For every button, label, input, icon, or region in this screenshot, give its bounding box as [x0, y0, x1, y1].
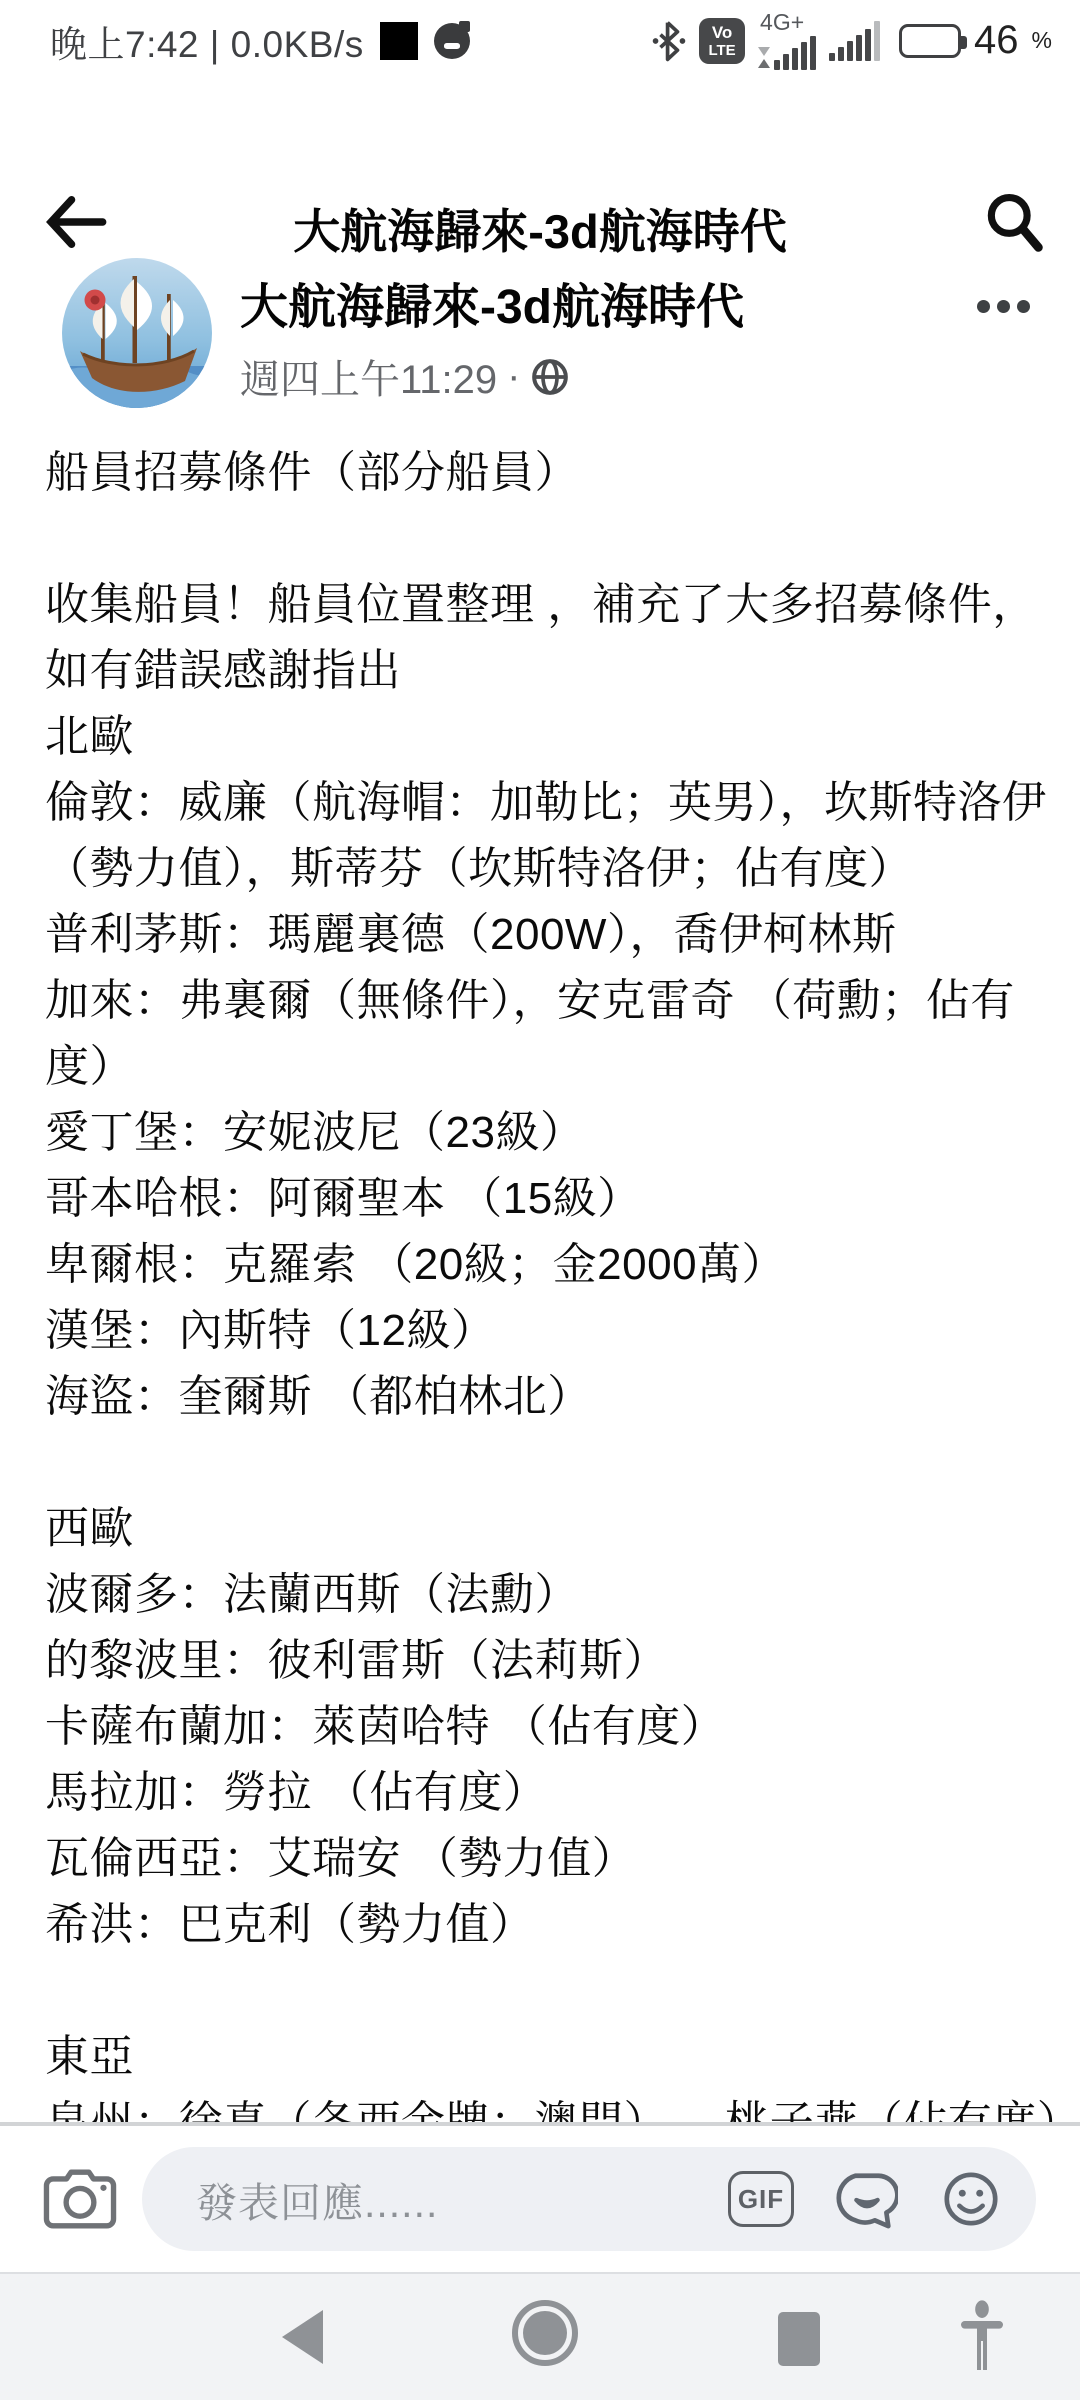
post-timestamp: 週四上午11:29 [240, 348, 497, 405]
notification-app-icon [434, 23, 470, 59]
post-text-line: 船員招募條件（部分船員） [45, 440, 1080, 506]
post-text-line: 波爾多：法蘭西斯（法勳） [45, 1562, 1080, 1628]
volte-icon: VoLTE [699, 18, 745, 64]
nav-home-icon[interactable] [512, 2300, 578, 2366]
post-text-line: 加來：弗裏爾（無條件），安克雷奇 （荷勳；佔有 [45, 968, 1080, 1034]
navigation-bar [0, 2272, 1080, 2400]
author-avatar[interactable] [62, 258, 212, 408]
post-text-line [45, 1958, 1080, 2024]
post-text-line: 北歐 [45, 704, 1080, 770]
post-text-line: 收集船員！船員位置整理 ，補充了大多招募條件， [45, 572, 1080, 638]
battery-icon [899, 24, 961, 58]
post-text-line: 希洪：巴克利（勢力值） [45, 1892, 1080, 1958]
comment-input[interactable]: 發表回應...... GIF [142, 2147, 1036, 2251]
battery-percent-sign: % [1032, 27, 1052, 54]
post-text-line: 愛丁堡：安妮波尼（23級） [45, 1100, 1080, 1166]
signal-bars-sim1-icon [774, 36, 816, 70]
page-title: 大航海歸來-3d航海時代 [120, 195, 960, 262]
nav-accessibility-icon[interactable] [958, 2300, 1006, 2372]
battery-percent: 46 [974, 18, 1019, 63]
post-text-line: （勢力值），斯蒂芬（坎斯特洛伊；佔有度） [45, 836, 1080, 902]
post-text-line: 倫敦：威廉（航海帽：加勒比；英男），坎斯特洛伊 [45, 770, 1080, 836]
post-text-line: 海盜：奎爾斯 （都柏林北） [45, 1364, 1080, 1430]
emoji-icon[interactable] [940, 2168, 1002, 2230]
data-arrows-icon [758, 47, 770, 70]
signal-bars-sim2-icon [829, 21, 880, 61]
search-icon[interactable] [982, 191, 1044, 255]
status-bar: 晚上7:42 | 0.0KB/s VoLTE 4G+ [0, 0, 1080, 75]
nav-back-icon[interactable] [282, 2310, 323, 2364]
comment-bar: 發表回應...... GIF [0, 2122, 1080, 2272]
post-text-line: 普利茅斯：瑪麗裏德（200W），喬伊柯林斯 [45, 902, 1080, 968]
post-text-line: 如有錯誤感謝指出 [45, 638, 1080, 704]
sticker-icon[interactable] [836, 2168, 898, 2230]
mobile-network-indicator: 4G+ [758, 11, 816, 70]
post-text-line: 哥本哈根：阿爾聖本 （15級） [45, 1166, 1080, 1232]
gif-icon[interactable]: GIF [728, 2171, 794, 2227]
bluetooth-icon [652, 19, 686, 63]
app-header: 大航海歸來-3d航海時代 [0, 75, 1080, 210]
post-text-line [45, 506, 1080, 572]
back-arrow-icon[interactable] [44, 193, 108, 251]
post-text-line: 瓦倫西亞：艾瑞安 （勢力值） [45, 1826, 1080, 1892]
camera-icon[interactable] [42, 2167, 118, 2231]
status-time-netspeed: 晚上7:42 | 0.0KB/s [50, 14, 364, 68]
post-text-line [45, 1430, 1080, 1496]
meta-separator: · [507, 354, 520, 399]
status-bar-left: 晚上7:42 | 0.0KB/s [50, 14, 470, 68]
post-text-line: 卑爾根：克羅索 （20級；金2000萬） [45, 1232, 1080, 1298]
post-text-line: 漢堡：內斯特（12級） [45, 1298, 1080, 1364]
globe-privacy-icon [530, 357, 570, 397]
network-type-label: 4G+ [760, 11, 804, 34]
post-meta: 週四上午11:29 · [240, 348, 570, 405]
post-text-line: 度） [45, 1034, 1080, 1100]
more-options-icon[interactable] [977, 300, 1030, 313]
post-body: 船員招募條件（部分船員） 收集船員！船員位置整理 ，補充了大多招募條件， 如有錯… [45, 440, 1080, 2156]
ship-avatar-image [62, 258, 212, 408]
status-bar-right: VoLTE 4G+ 46 % [652, 11, 1052, 70]
post-text-line: 東亞 [45, 2024, 1080, 2090]
author-name[interactable]: 大航海歸來-3d航海時代 [240, 268, 744, 337]
nav-recents-icon[interactable] [778, 2312, 820, 2366]
notification-square-icon [380, 22, 418, 60]
post-text-line: 馬拉加：勞拉 （佔有度） [45, 1760, 1080, 1826]
phone-screen: 晚上7:42 | 0.0KB/s VoLTE 4G+ [0, 0, 1080, 2400]
post-text-line: 的黎波里：彼利雷斯（法莉斯） [45, 1628, 1080, 1694]
post-text-line: 卡薩布蘭加：萊茵哈特 （佔有度） [45, 1694, 1080, 1760]
post-text-line: 西歐 [45, 1496, 1080, 1562]
comment-placeholder: 發表回應...... [196, 2170, 686, 2229]
